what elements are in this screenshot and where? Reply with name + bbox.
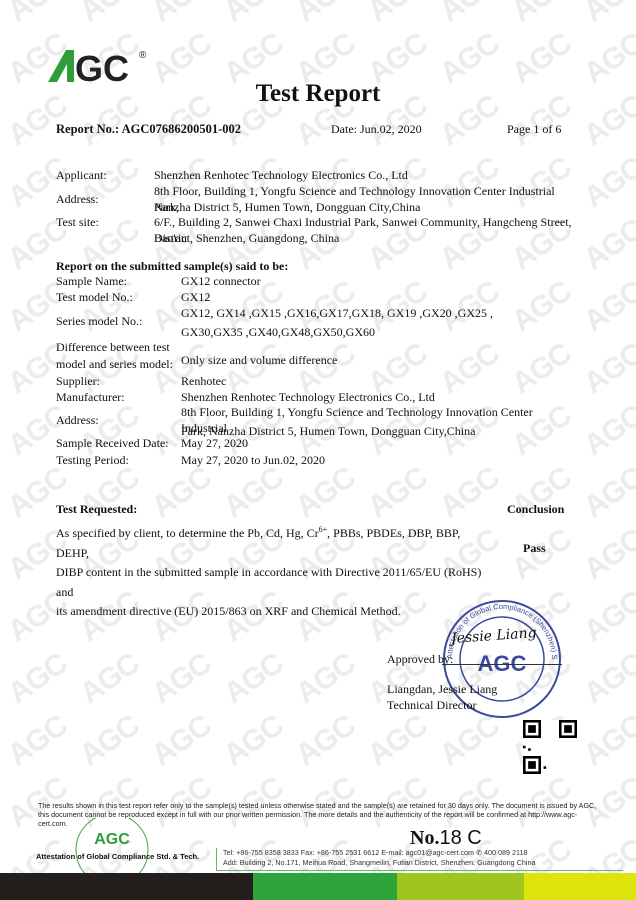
field-value: Renhotec bbox=[181, 373, 581, 389]
test-line: its amendment directive (EU) 2015/863 on… bbox=[56, 602, 496, 622]
svg-text:AGC: AGC bbox=[94, 831, 130, 848]
field-value: May 27, 2020 to Jun.02, 2020 bbox=[181, 452, 581, 468]
document-number: No.18 C bbox=[410, 827, 482, 850]
number-prefix: No. bbox=[410, 827, 439, 849]
field-label: Applicant: bbox=[56, 167, 107, 183]
contact-info: Tel: +86-755 8358 3833 Fax: +86-755 2531… bbox=[216, 848, 623, 871]
field-value: District, Shenzhen, Guangdong, China bbox=[154, 230, 574, 246]
footer-bar-yellow bbox=[524, 873, 636, 900]
test-description: As specified by client, to determine the… bbox=[56, 520, 496, 622]
signature-line bbox=[442, 664, 562, 665]
field-value: May 27, 2020 bbox=[181, 435, 581, 451]
sample-heading: Report on the submitted sample(s) said t… bbox=[56, 258, 288, 274]
field-value: GX12 bbox=[181, 289, 581, 305]
conclusion-value: Pass bbox=[523, 540, 546, 556]
field-label: model and series model: bbox=[56, 356, 173, 372]
number-value: 18 C bbox=[439, 827, 481, 849]
approver-role: Technical Director bbox=[387, 697, 476, 713]
field-value: GX12 connector bbox=[181, 273, 581, 289]
test-line: As specified by client, to determine the… bbox=[56, 520, 496, 563]
conclusion-heading: Conclusion bbox=[507, 501, 564, 517]
field-label: Test site: bbox=[56, 214, 99, 230]
page-title: Test Report bbox=[0, 80, 636, 108]
field-label: Supplier: bbox=[56, 373, 100, 389]
footer-bar-green bbox=[253, 873, 397, 900]
agc-green-seal: AGC bbox=[72, 818, 152, 878]
report-number: Report No.: AGC07686200501-002 bbox=[56, 122, 241, 137]
field-label: Difference between test bbox=[56, 339, 170, 355]
field-label: Address: bbox=[56, 412, 99, 428]
field-value: Shenzhen Renhotec Technology Electronics… bbox=[154, 167, 574, 183]
contact-line-2: Add: Building 2, No.171, Meihua Road, Sh… bbox=[223, 858, 623, 868]
field-label: Series model No.: bbox=[56, 313, 142, 329]
footer-bar-black bbox=[0, 873, 253, 900]
field-label: Testing Period: bbox=[56, 452, 129, 468]
field-label: Sample Name: bbox=[56, 273, 127, 289]
test-requested-heading: Test Requested: bbox=[56, 501, 137, 517]
field-value: GX30,GX35 ,GX40,GX48,GX50,GX60 bbox=[181, 324, 581, 340]
field-label: Sample Received Date: bbox=[56, 435, 169, 451]
qr-code[interactable] bbox=[523, 720, 577, 774]
footer-bar-lime bbox=[397, 873, 524, 900]
svg-text:®: ® bbox=[139, 50, 147, 61]
field-value: Shenzhen Renhotec Technology Electronics… bbox=[181, 389, 581, 405]
contact-line-1: Tel: +86-755 8358 3833 Fax: +86-755 2531… bbox=[223, 848, 623, 858]
field-value: GX12, GX14 ,GX15 ,GX16,GX17,GX18, GX19 ,… bbox=[181, 305, 581, 321]
field-label: Manufacturer: bbox=[56, 389, 125, 405]
field-label: Address: bbox=[56, 191, 99, 207]
approver-name: Liangdan, Jessie Liang bbox=[387, 681, 497, 697]
attestation-text: Attestation of Global Compliance Std. & … bbox=[36, 852, 199, 861]
field-label: Test model No.: bbox=[56, 289, 133, 305]
field-value: Nanzha District 5, Humen Town, Dongguan … bbox=[154, 199, 574, 215]
field-value: Only size and volume difference bbox=[181, 352, 581, 368]
test-line: DIBP content in the submitted sample in … bbox=[56, 563, 496, 602]
page-number: Page 1 of 6 bbox=[507, 122, 561, 137]
report-date: Date: Jun.02, 2020 bbox=[331, 122, 422, 137]
